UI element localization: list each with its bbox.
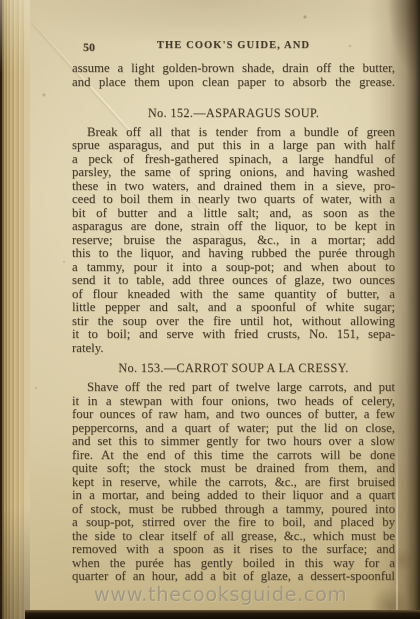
text-line: and place them upon clean paper to absor… xyxy=(72,75,395,89)
text-line: stir the soup over the fire until hot, w… xyxy=(72,315,395,329)
text-line: it in a stewpan with four onions, two he… xyxy=(72,395,395,409)
text-line: assume a light golden-brown shade, drain… xyxy=(72,61,395,75)
text-line: a peck of fresh-gathered spinach, a larg… xyxy=(72,153,395,167)
running-head: 50 THE COOK'S GUIDE, AND xyxy=(72,40,395,55)
text-line: a tammy, pour it into a soup-pot; and wh… xyxy=(72,261,395,275)
page-curve-crease xyxy=(396,430,398,611)
text-line: peppercorns, and a quart of water; put t… xyxy=(72,422,395,436)
text-line: this to the liquor, and having rubbed th… xyxy=(72,247,395,261)
text-line: four ounces of raw ham, and two ounces o… xyxy=(72,408,395,422)
text-line: quite soft; the stock must be drained fr… xyxy=(72,462,395,476)
text-line: a soup-pot, stirred over the fire to boi… xyxy=(72,516,395,530)
recipe-heading-asparagus-soup: No. 152.—ASPARAGUS SOUP. xyxy=(72,106,395,121)
text-line: in a mortar, and being added to their li… xyxy=(72,489,395,503)
text-line: reserve; bruise the asparagus, &c., in a… xyxy=(72,234,395,248)
text-line: parsley, the same of spring onions, and … xyxy=(72,166,395,180)
text-line: kept in reserve, while the carrots, &c.,… xyxy=(72,476,395,490)
text-line: quarter of an hour, add a bit of glaze, … xyxy=(72,570,395,584)
recipe-heading-carrot-soup: No. 153.—CARROT SOUP A LA CRESSY. xyxy=(72,361,395,376)
text-line: Shave off the red part of twelve large c… xyxy=(72,381,395,395)
running-head-title: THE COOK'S GUIDE, AND xyxy=(157,40,310,51)
text-line: these in two waters, and drained them in… xyxy=(72,180,395,194)
recipe-paragraph-carrot-soup: Shave off the red part of twelve large c… xyxy=(72,381,395,584)
text-line: and set this to simmer gently for two ho… xyxy=(72,435,395,449)
text-line: Break off all that is tender from a bund… xyxy=(72,126,395,140)
text-line: asparagus are done, strain off the liquo… xyxy=(72,220,395,234)
scanned-book-page: 50 THE COOK'S GUIDE, AND assume a light … xyxy=(0,0,420,619)
text-line: of flour kneaded with the same quantity … xyxy=(72,288,395,302)
text-line: fire. At the end of this time the carrot… xyxy=(72,449,395,463)
text-line: when the purée has gently boiled in this… xyxy=(72,557,395,571)
text-line: send it to table, add three ounces of gl… xyxy=(72,274,395,288)
text-line: little pepper and salt, and a spoonful o… xyxy=(72,301,395,315)
page-number: 50 xyxy=(83,40,95,55)
text-line: rately. xyxy=(72,342,395,356)
recipe-paragraph-asparagus-soup: Break off all that is tender from a bund… xyxy=(72,126,395,356)
text-line: bit of butter and a little salt; and, as… xyxy=(72,207,395,221)
text-line: sprue asparagus, and put this in a large… xyxy=(72,139,395,153)
book-page-edges-left xyxy=(0,0,30,619)
text-line: it to boil; and serve with fried crusts,… xyxy=(72,328,395,342)
continuation-paragraph: assume a light golden-brown shade, drain… xyxy=(72,61,395,90)
book-bottom-edge xyxy=(25,610,420,619)
book-gutter-shadow-right xyxy=(368,0,420,619)
text-line: removed with a spoon as it rises to the … xyxy=(72,543,395,557)
text-line: ceed to boil them in nearly two quarts o… xyxy=(72,193,395,207)
website-watermark: www.thecooksguide.com xyxy=(46,583,395,606)
page-text-block: 50 THE COOK'S GUIDE, AND assume a light … xyxy=(72,0,395,584)
text-line: of stock, must be rubbed through a tammy… xyxy=(72,503,395,517)
text-line: the side to clear itself of all grease, … xyxy=(72,530,395,544)
